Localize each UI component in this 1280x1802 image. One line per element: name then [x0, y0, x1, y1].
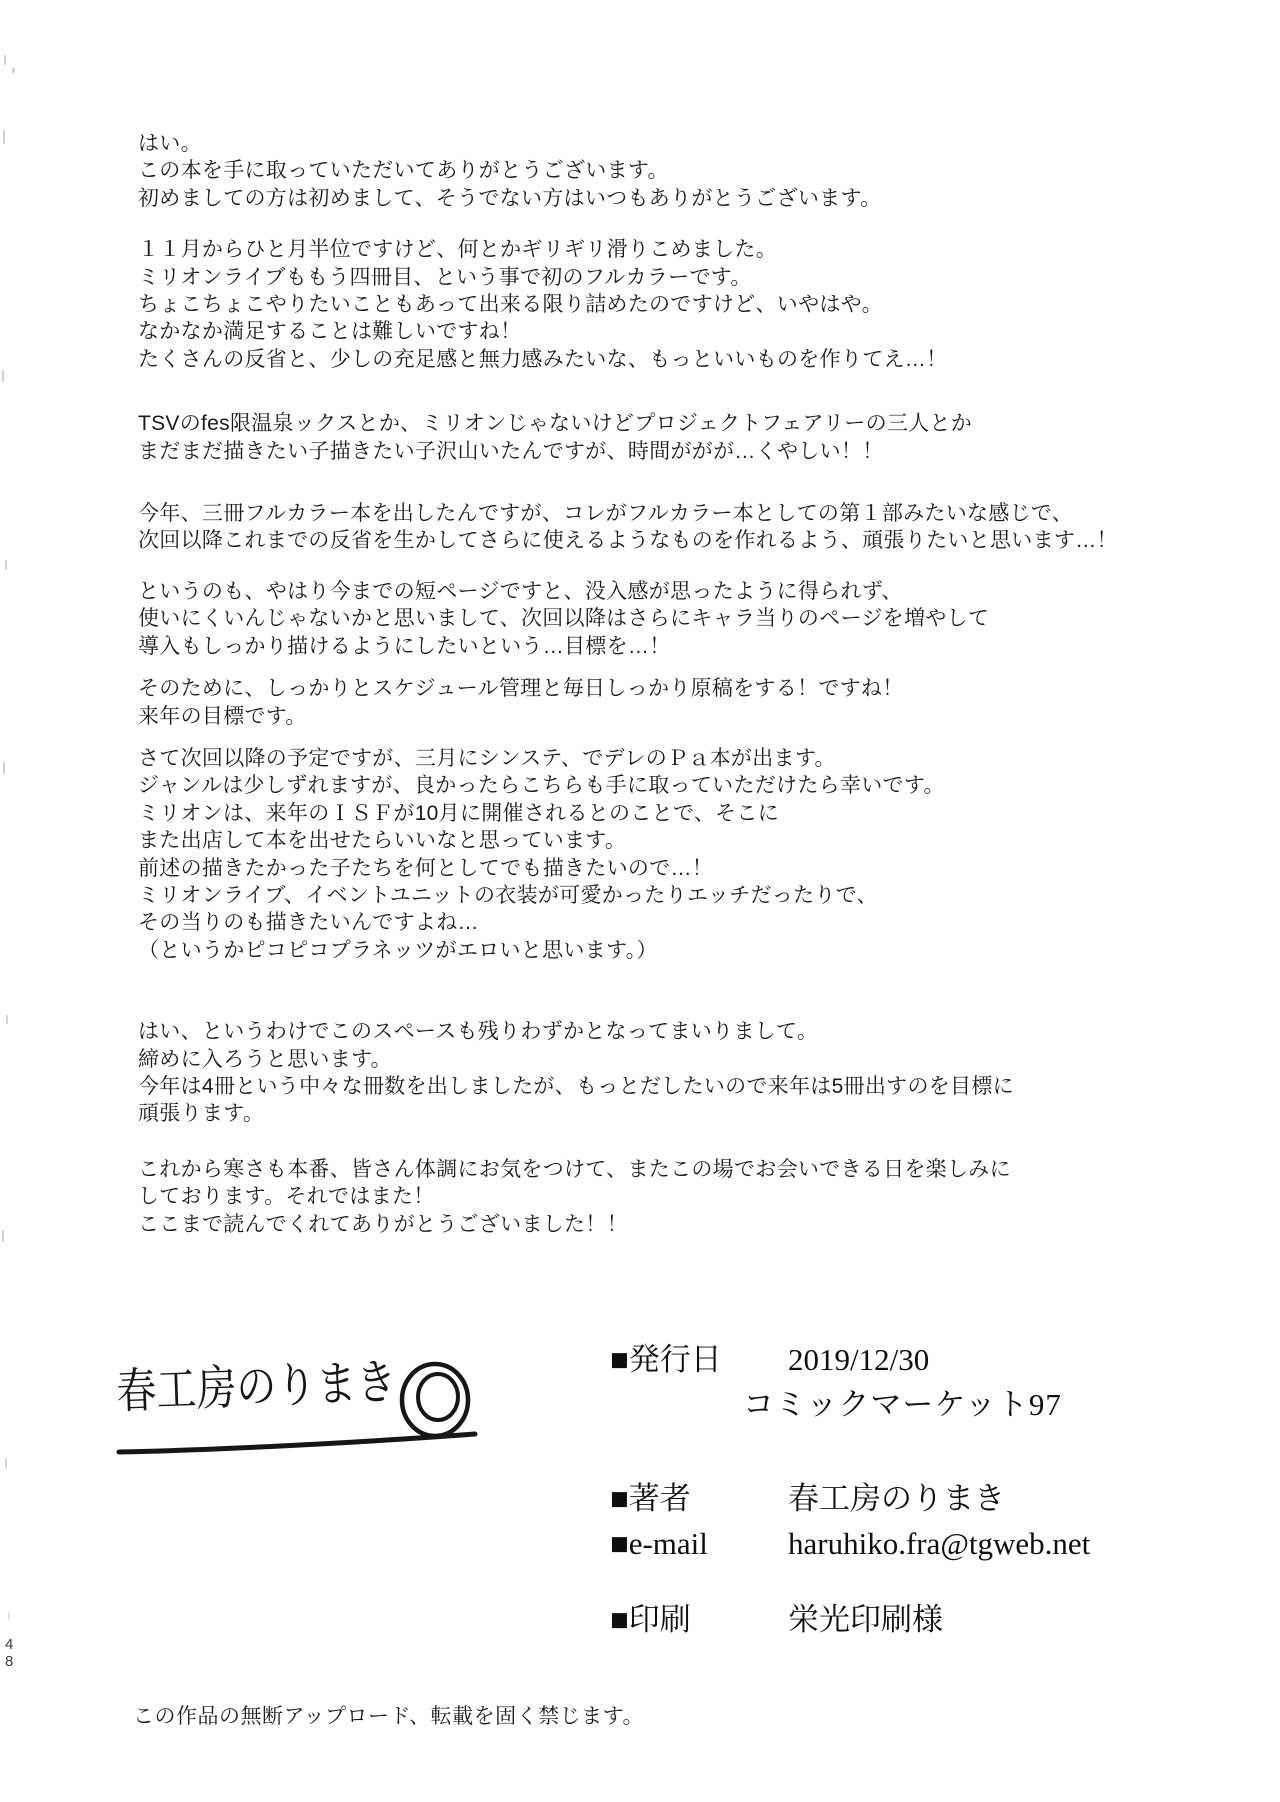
colophon-row-author: ■著者春工房のりまき: [610, 1479, 1005, 1519]
copyright-notice: この作品の無断アップロード、転載を固く禁じます。: [133, 1700, 644, 1730]
paragraph: さて次回以降の予定ですが、三月にシンステ、でデレのＰａ本が出ます。 ジャンルは少…: [138, 745, 1198, 964]
text-line: 今年は4冊という中々な冊数を出しましたが、もっとだしたいので来年は5冊出すのを目…: [138, 1073, 1198, 1100]
paragraph: これから寒さも本番、皆さん体調にお気をつけて、またこの場でお会いできる日を楽しみ…: [138, 1156, 1198, 1238]
colophon-label: ■著者: [610, 1479, 788, 1519]
scan-artifact: [2, 1230, 4, 1242]
colophon-label: ■印刷: [610, 1600, 788, 1640]
text-line: ミリオンライブももう四冊目、という事で初のフルカラーです。: [138, 264, 1198, 291]
text-line: （というかピコピコプラネッツがエロいと思います。）: [138, 937, 1198, 964]
email-address: haruhiko.fra@tgweb.net: [788, 1524, 1090, 1564]
paragraph: 今年、三冊フルカラー本を出したんですが、コレがフルカラー本としての第１部みたいな…: [138, 500, 1198, 555]
text-line: はい、というわけでこのスペースも残りわずかとなってまいりまして。: [138, 1018, 1198, 1045]
text-line: また出店して本を出せたらいいなと思っています。: [138, 827, 1198, 854]
event-name: コミックマーケット97: [743, 1385, 1062, 1425]
signature-spiral-icon: [418, 1374, 458, 1420]
page-number: 4 8: [5, 1636, 13, 1670]
colophon-label: ■発行日: [610, 1340, 788, 1380]
text-line: さて次回以降の予定ですが、三月にシンステ、でデレのＰａ本が出ます。: [138, 745, 1198, 772]
text-line: その当りのも描きたいんですよね…: [138, 909, 1198, 936]
text-line: たくさんの反省と、少しの充足感と無力感みたいな、もっといいものを作りてえ…！: [138, 346, 1198, 373]
text-line: 締めに入ろうと思います。: [138, 1046, 1198, 1073]
colophon-row-published: ■発行日2019/12/30: [610, 1340, 929, 1380]
text-line: というのも、やはり今までの短ページですと、没入感が思ったように得られず、: [138, 578, 1198, 605]
text-line: ちょこちょこやりたいこともあって出来る限り詰めたのですけど、いやはや。: [138, 291, 1198, 318]
text-line: これから寒さも本番、皆さん体調にお気をつけて、またこの場でお会いできる日を楽しみ…: [138, 1156, 1198, 1183]
page-number-digit: 8: [5, 1653, 13, 1670]
publish-date: 2019/12/30: [788, 1340, 929, 1380]
afterword-text: はい。 この本を手に取っていただいてありがとうございます。 初めましての方は初め…: [138, 130, 1198, 1238]
text-line: しております。それではまた！: [138, 1183, 1198, 1210]
colophon-label: ■e-mail: [610, 1524, 788, 1564]
text-line: なかなか満足することは難しいですね！: [138, 318, 1198, 345]
text-line: はい。: [138, 130, 1198, 157]
colophon-row-email: ■e-mailharuhiko.fra@tgweb.net: [610, 1524, 1090, 1564]
text-line: 頑張ります。: [138, 1100, 1198, 1127]
printer-name: 栄光印刷様: [788, 1600, 943, 1640]
scan-artifact: [8, 1612, 9, 1620]
text-line: 使いにくいんじゃないかと思いまして、次回以降はさらにキャラ当りのページを増やして: [138, 605, 1198, 632]
scan-artifact: [3, 762, 5, 774]
author-name: 春工房のりまき: [788, 1479, 1005, 1519]
paragraph: はい。 この本を手に取っていただいてありがとうございます。 初めましての方は初め…: [138, 130, 1198, 212]
text-line: 次回以降これまでの反省を生かしてさらに使えるようなものを作れるよう、頑張りたいと…: [138, 527, 1198, 554]
text-line: ミリオンライブ、イベントユニットの衣装が可愛かったりエッチだったりで、: [138, 882, 1198, 909]
text-line: １１月からひと月半位ですけど、何とかギリギリ滑りこめました。: [138, 236, 1198, 263]
text-line: ジャンルは少しずれますが、良かったらこちらも手に取っていただけたら幸いです。: [138, 772, 1198, 799]
paragraph: １１月からひと月半位ですけど、何とかギリギリ滑りこめました。 ミリオンライブもも…: [138, 236, 1198, 373]
scan-artifact: [3, 130, 5, 144]
colophon-row-printer: ■印刷栄光印刷様: [610, 1600, 943, 1640]
scan-artifact: [5, 1458, 7, 1468]
signature-text: 春工房のりまき: [116, 1356, 398, 1419]
text-line: 今年、三冊フルカラー本を出したんですが、コレがフルカラー本としての第１部みたいな…: [138, 500, 1198, 527]
paragraph: そのために、しっかりとスケジュール管理と毎日しっかり原稿をする！ですね！ 来年の…: [138, 675, 1198, 730]
colophon: ■発行日2019/12/30 コミックマーケット97 ■著者春工房のりまき ■e…: [610, 1340, 1170, 1660]
paragraph: TSVのfes限温泉ックスとか、ミリオンじゃないけどプロジェクトフェアリーの三人…: [138, 410, 1198, 465]
scan-artifact: [5, 560, 7, 570]
signature-underline: [119, 1434, 475, 1452]
paragraph: というのも、やはり今までの短ページですと、没入感が思ったように得られず、 使いに…: [138, 578, 1198, 660]
text-line: TSVのfes限温泉ックスとか、ミリオンじゃないけどプロジェクトフェアリーの三人…: [138, 410, 1198, 437]
text-line: 来年の目標です。: [138, 703, 1198, 730]
scan-artifact: [12, 68, 15, 73]
text-line: まだまだ描きたい子描きたい子沢山いたんですが、時間ががが…くやしい！！: [138, 438, 1198, 465]
colophon-row-event: コミックマーケット97: [610, 1385, 1062, 1425]
scan-artifact: [4, 55, 6, 65]
text-line: 前述の描きたかった子たちを何としてでも描きたいので…！: [138, 855, 1198, 882]
scan-artifact: [6, 1015, 8, 1024]
text-line: ミリオンは、来年のＩＳＦが10月に開催されるとのことで、そこに: [138, 800, 1198, 827]
text-line: そのために、しっかりとスケジュール管理と毎日しっかり原稿をする！ですね！: [138, 675, 1198, 702]
text-line: ここまで読んでくれてありがとうございました！！: [138, 1211, 1198, 1238]
paragraph: はい、というわけでこのスペースも残りわずかとなってまいりまして。 締めに入ろうと…: [138, 1018, 1198, 1128]
handwritten-signature: 春工房のりまき: [105, 1300, 495, 1485]
scan-artifact: [2, 370, 4, 382]
scanned-afterword-page: はい。 この本を手に取っていただいてありがとうございます。 初めましての方は初め…: [0, 0, 1280, 1802]
text-line: 初めましての方は初めまして、そうでない方はいつもありがとうございます。: [138, 185, 1198, 212]
text-line: 導入もしっかり描けるようにしたいという…目標を…！: [138, 633, 1198, 660]
page-number-digit: 4: [5, 1636, 13, 1653]
text-line: この本を手に取っていただいてありがとうございます。: [138, 157, 1198, 184]
